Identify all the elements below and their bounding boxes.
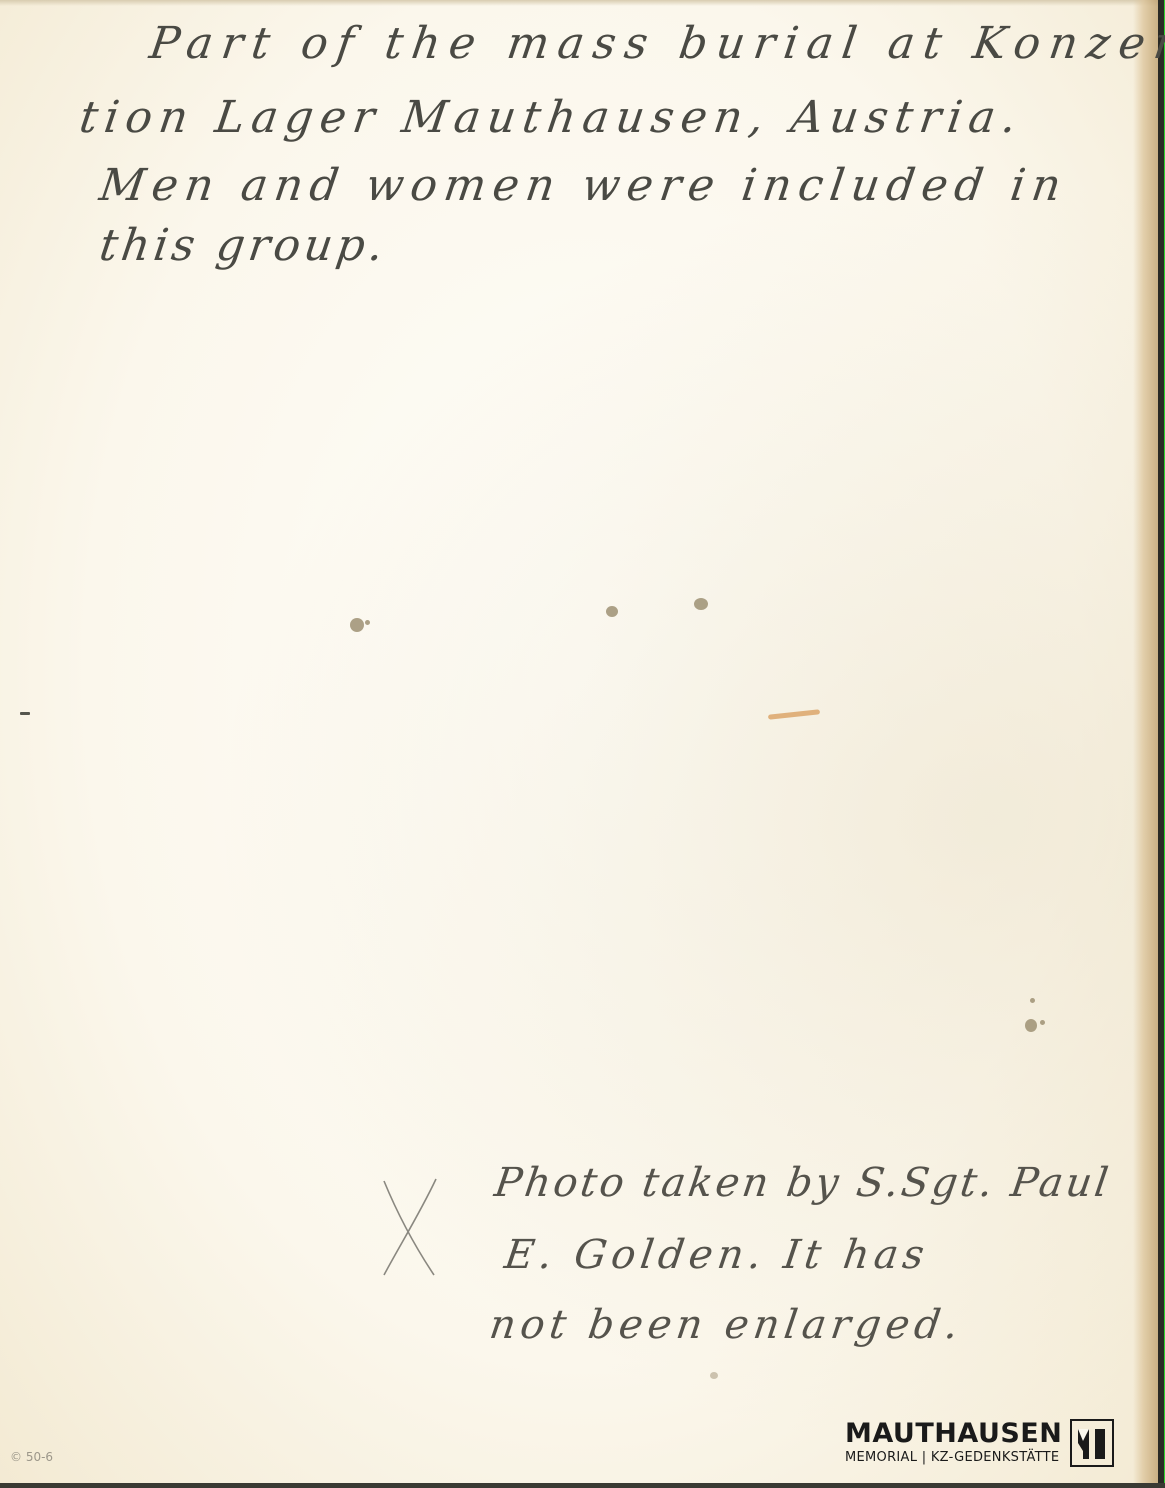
- ink-stain: [694, 598, 708, 610]
- paper-right-edge-stain: [1133, 0, 1159, 1488]
- ink-stain: [1025, 1019, 1037, 1032]
- paper-top-edge: [0, 0, 1165, 6]
- caption-bottom-line-1: Photo taken by S.Sgt. Paul: [492, 1160, 1114, 1206]
- caption-top-line-1: Part of the mass burial at Konzentra-: [146, 18, 1165, 69]
- caption-bottom-line-2: E. Golden. It has: [502, 1232, 932, 1278]
- scan-border-right: [1158, 0, 1165, 1488]
- logo-title: MAUTHAUSEN: [845, 1419, 1062, 1449]
- caption-top-line-4: this group.: [96, 220, 390, 271]
- ink-stain: [350, 618, 364, 632]
- caption-top-line-2: tion Lager Mauthausen, Austria.: [76, 92, 1026, 143]
- caption-top-line-3: Men and women were included in: [96, 160, 1071, 211]
- ink-stain: [365, 620, 370, 625]
- scan-border-bottom: [0, 1483, 1165, 1488]
- ink-stain: [1030, 998, 1035, 1003]
- mauthausen-m-logo-icon: [1070, 1419, 1114, 1467]
- logo-subtitle: MEMORIAL | KZ-GEDENKSTÄTTE: [845, 1449, 1062, 1467]
- ink-stain: [606, 606, 618, 617]
- ink-stain: [710, 1372, 718, 1379]
- archive-pencil-note: © 50-6: [10, 1450, 53, 1464]
- ink-stain: [1040, 1020, 1045, 1025]
- mauthausen-memorial-logo: MAUTHAUSEN MEMORIAL | KZ-GEDENKSTÄTTE: [845, 1412, 1145, 1474]
- caption-bottom-line-3: not been enlarged.: [487, 1302, 966, 1348]
- ink-stain: [20, 712, 30, 715]
- x-mark-icon: [380, 1175, 442, 1280]
